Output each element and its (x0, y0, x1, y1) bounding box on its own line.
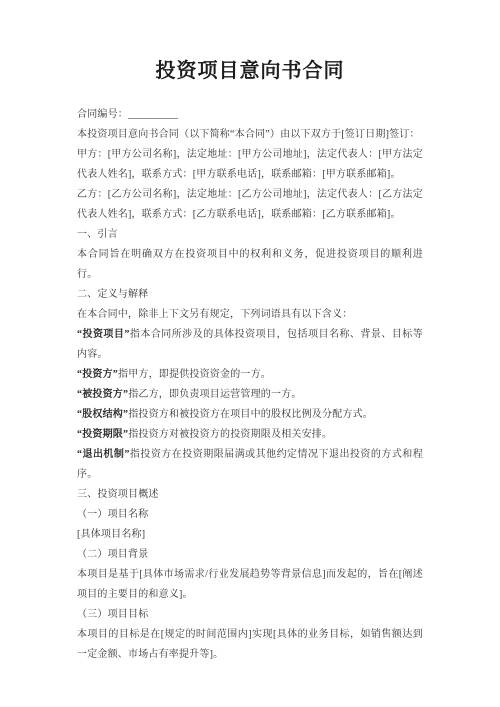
party-b-info: 乙方：[乙方公司名称]，法定地址：[乙方公司地址]，法定代表人：[乙方法定代表人… (77, 185, 423, 225)
contract-number-blank: __________ (128, 109, 178, 120)
definition-investment-project: “投资项目”指本合同所涉及的具体投资项目，包括项目名称、背景、目标等内容。 (77, 325, 423, 365)
section-2-heading: 二、定义与解释 (77, 285, 423, 305)
document-body: 合同编号：__________本投资项目意向书合同（以下简称“本合同”）由以下双… (0, 86, 500, 665)
text-run: 指乙方，即负责项目运营管理的一方。 (128, 389, 301, 400)
text-run: [具体项目名称] (77, 529, 145, 540)
text-run: （二）项目背景 (77, 549, 148, 560)
defined-term: “投资项目” (77, 329, 130, 340)
text-run: 一、引言 (77, 229, 118, 240)
text-run: 乙方：[乙方公司名称]，法定地址：[乙方公司地址]，法定代表人：[乙方法定代表人… (77, 189, 423, 220)
document-page: 投资项目意向书合同 合同编号：__________本投资项目意向书合同（以下简称… (0, 0, 500, 707)
contract-number-line: 合同编号：__________ (77, 105, 423, 125)
text-run: 甲方：[甲方公司名称]，法定地址：[甲方公司地址]，法定代表人：[甲方法定代表人… (77, 149, 423, 180)
defined-term: “被投资方” (77, 389, 128, 400)
project-background-body: 本项目是基于[具体市场需求/行业发展趋势等背景信息]而发起的，旨在[阐述项目的主… (77, 565, 423, 605)
text-run: 指投资方在投资期限届满或其他约定情况下退出投资的方式和程序。 (77, 449, 423, 480)
defined-term: “投资方” (77, 369, 118, 380)
text-run: 二、定义与解释 (77, 289, 148, 300)
project-name-placeholder: [具体项目名称] (77, 525, 423, 545)
text-run: 指投资方和被投资方在项目中的股权比例及分配方式。 (128, 409, 373, 420)
party-a-info: 甲方：[甲方公司名称]，法定地址：[甲方公司地址]，法定代表人：[甲方法定代表人… (77, 145, 423, 185)
section-3-3-heading: （三）项目目标 (77, 605, 423, 625)
definition-investor: “投资方”指甲方，即提供投资资金的一方。 (77, 365, 423, 385)
definition-investee: “被投资方”指乙方，即负责项目运营管理的一方。 (77, 385, 423, 405)
text-run: 指投资方对被投资方的投资期限及相关安排。 (128, 429, 332, 440)
section-2-intro: 在本合同中，除非上下文另有规定，下列词语具有以下含义： (77, 305, 423, 325)
text-run: 本项目是基于[具体市场需求/行业发展趋势等背景信息]而发起的，旨在[阐述项目的主… (77, 569, 423, 600)
defined-term: “股权结构” (77, 409, 128, 420)
text-run: 本合同旨在明确双方在投资项目中的权利和义务，促进投资项目的顺利进行。 (77, 249, 423, 280)
text-run: （一）项目名称 (77, 509, 148, 520)
definition-equity-structure: “股权结构”指投资方和被投资方在项目中的股权比例及分配方式。 (77, 405, 423, 425)
section-3-heading: 三、投资项目概述 (77, 485, 423, 505)
project-objective-body: 本项目的目标是在[规定的时间范围内]实现[具体的业务目标，如销售额达到一定金额、… (77, 625, 423, 665)
defined-term: “投资期限” (77, 429, 128, 440)
section-3-2-heading: （二）项目背景 (77, 545, 423, 565)
defined-term: “退出机制” (77, 449, 130, 460)
preamble: 本投资项目意向书合同（以下简称“本合同”）由以下双方于[签订日期]签订： (77, 125, 423, 145)
text-run: 在本合同中，除非上下文另有规定，下列词语具有以下含义： (77, 309, 352, 320)
section-3-1-heading: （一）项目名称 (77, 505, 423, 525)
definition-investment-term: “投资期限”指投资方对被投资方的投资期限及相关安排。 (77, 425, 423, 445)
text-run: 合同编号： (77, 109, 128, 120)
text-run: 三、投资项目概述 (77, 489, 159, 500)
section-1-heading: 一、引言 (77, 225, 423, 245)
definition-exit-mechanism: “退出机制”指投资方在投资期限届满或其他约定情况下退出投资的方式和程序。 (77, 445, 423, 485)
text-run: 本投资项目意向书合同（以下简称“本合同”）由以下双方于[签订日期]签订： (77, 129, 420, 140)
text-run: 本项目的目标是在[规定的时间范围内]实现[具体的业务目标，如销售额达到一定金额、… (77, 629, 423, 660)
section-1-body: 本合同旨在明确双方在投资项目中的权利和义务，促进投资项目的顺利进行。 (77, 245, 423, 285)
text-run: 指本合同所涉及的具体投资项目，包括项目名称、背景、目标等内容。 (77, 329, 423, 360)
document-title: 投资项目意向书合同 (0, 0, 500, 86)
text-run: 指甲方，即提供投资资金的一方。 (118, 369, 271, 380)
text-run: （三）项目目标 (77, 609, 148, 620)
